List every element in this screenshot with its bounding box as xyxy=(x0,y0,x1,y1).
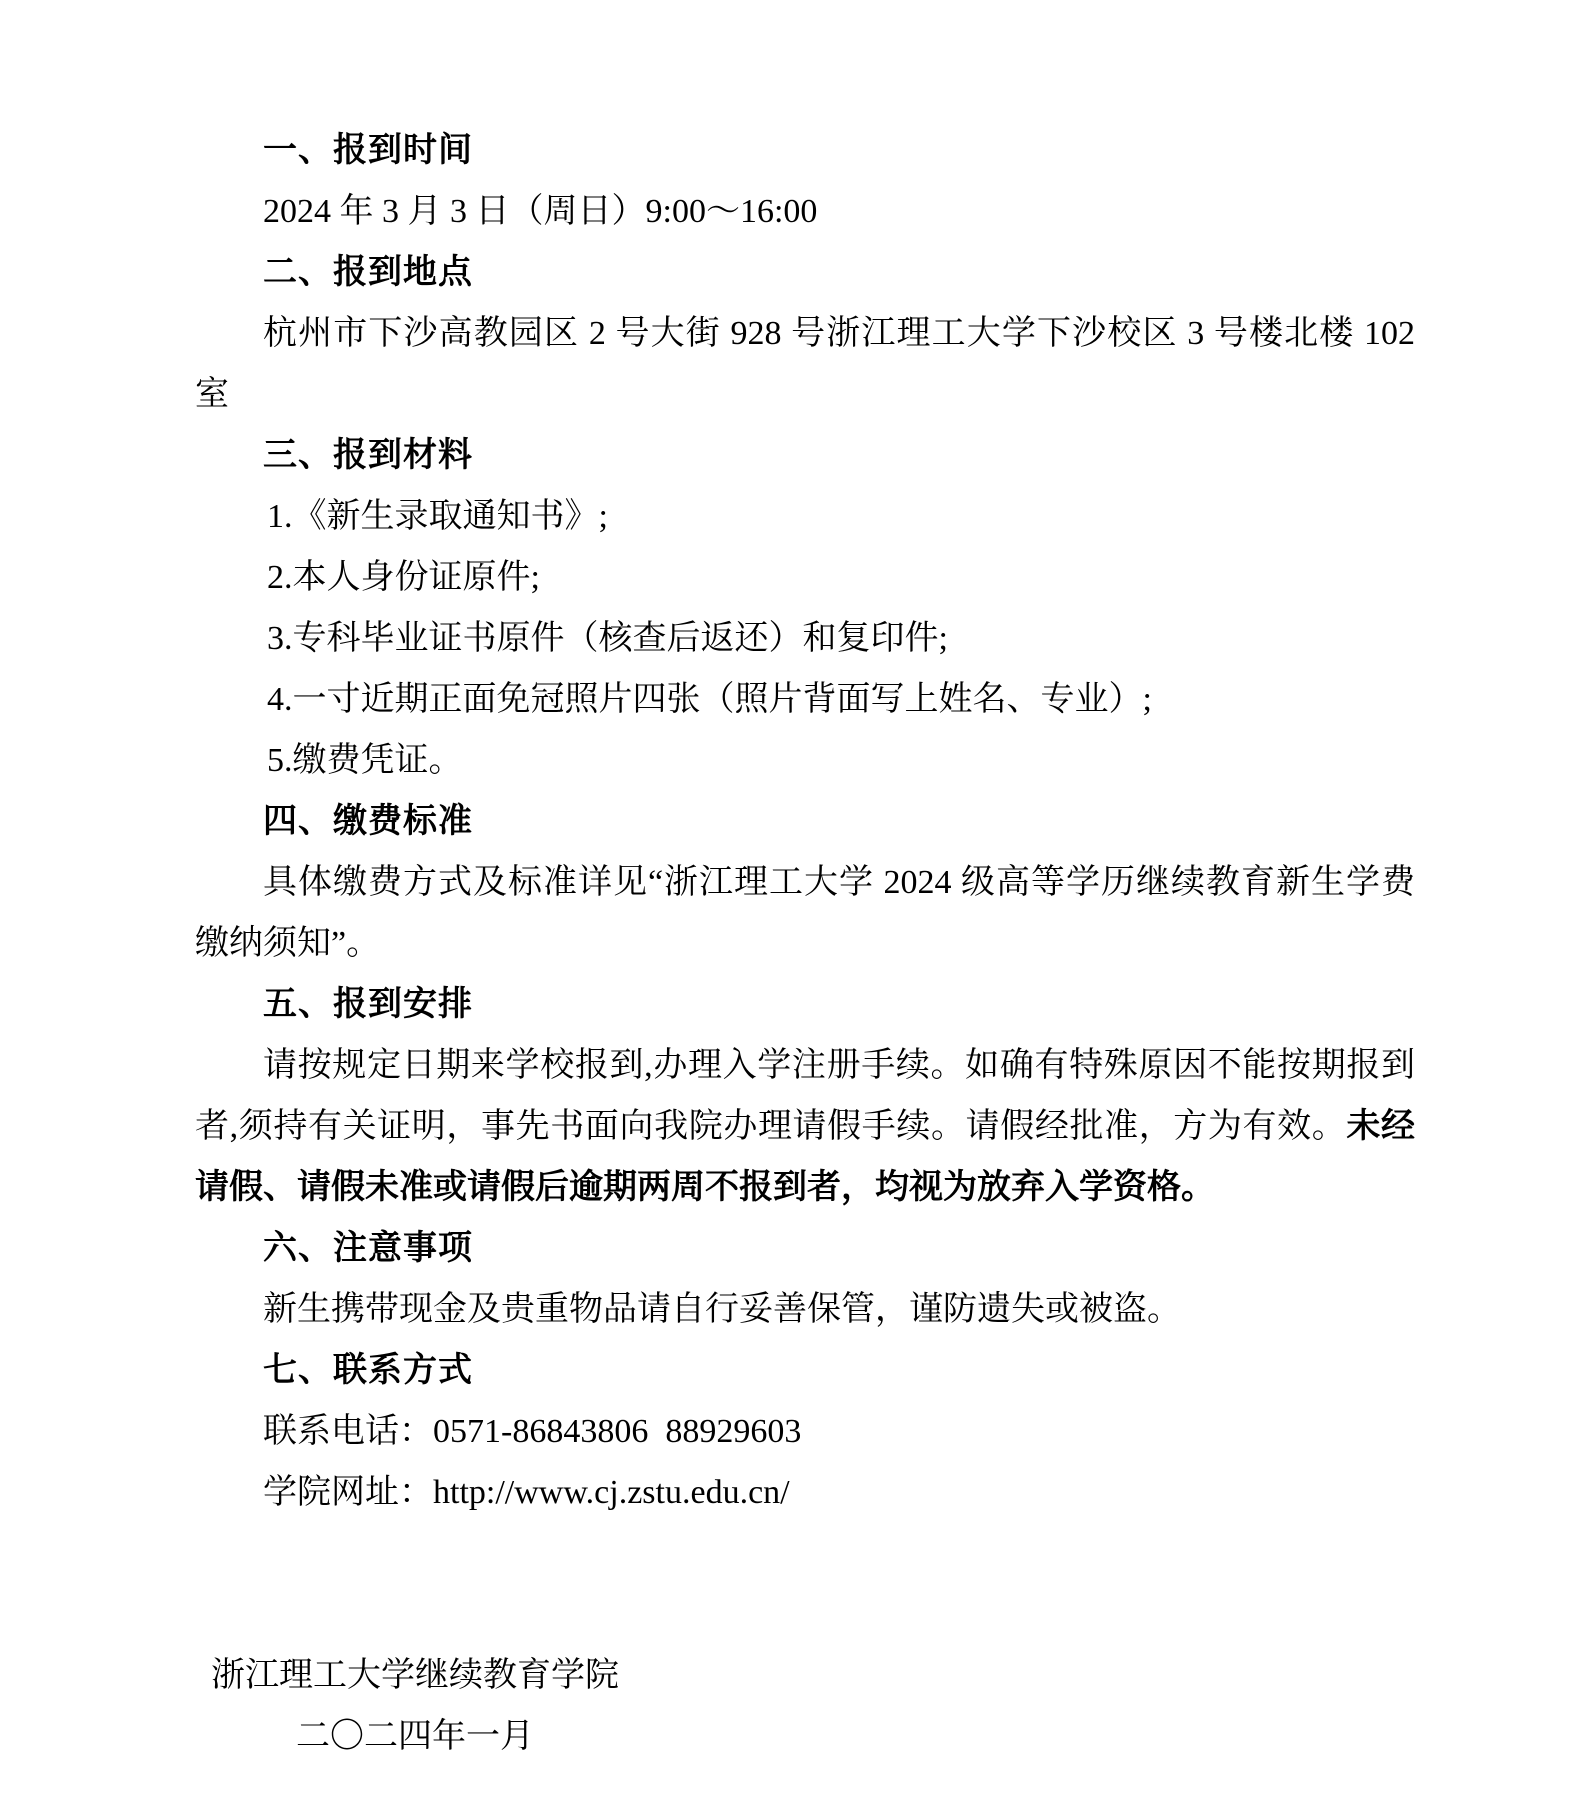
contact-website-line: 学院网址：http://www.cj.zstu.edu.cn/ xyxy=(195,1462,1415,1523)
report-time-text: 2024 年 3 月 3 日（周日）9:00～16:00 xyxy=(195,181,1415,242)
report-materials-list: 1.《新生录取通知书》; 2.本人身份证原件; 3.专科毕业证书原件（核查后返还… xyxy=(195,486,1415,791)
report-arrangement-normal: 请按规定日期来学校报到,办理入学注册手续。如确有特殊原因不能按期报到者,须持有关… xyxy=(195,1047,1415,1145)
precautions-text: 新生携带现金及贵重物品请自行妥善保管，谨防遗失或被盗。 xyxy=(195,1279,1415,1340)
material-item-1: 1.《新生录取通知书》; xyxy=(195,486,1415,547)
signature-block: 浙江理工大学继续教育学院 二〇二四年一月 xyxy=(195,1645,635,1767)
material-item-3: 3.专科毕业证书原件（核查后返还）和复印件; xyxy=(195,608,1415,669)
section-4-heading: 四、缴费标准 xyxy=(195,791,1415,852)
section-2-heading: 二、报到地点 xyxy=(195,242,1415,303)
notice-document: 一、报到时间 2024 年 3 月 3 日（周日）9:00～16:00 二、报到… xyxy=(0,0,1587,1803)
contact-phone-line: 联系电话：0571-86843806 88929603 xyxy=(195,1401,1415,1462)
signature-date: 二〇二四年一月 xyxy=(195,1706,635,1767)
material-item-5: 5.缴费凭证。 xyxy=(195,730,1415,791)
material-item-2: 2.本人身份证原件; xyxy=(195,547,1415,608)
section-6-heading: 六、注意事项 xyxy=(195,1218,1415,1279)
section-7-heading: 七、联系方式 xyxy=(195,1340,1415,1401)
material-item-4: 4.一寸近期正面免冠照片四张（照片背面写上姓名、专业）; xyxy=(195,669,1415,730)
report-location-text: 杭州市下沙高教园区 2 号大街 928 号浙江理工大学下沙校区 3 号楼北楼 1… xyxy=(195,303,1415,425)
signature-spacer xyxy=(195,1523,1415,1645)
report-arrangement-text: 请按规定日期来学校报到,办理入学注册手续。如确有特殊原因不能按期报到者,须持有关… xyxy=(195,1035,1415,1218)
payment-standard-text: 具体缴费方式及标准详见“浙江理工大学 2024 级高等学历继续教育新生学费缴纳须… xyxy=(195,852,1415,974)
section-5-heading: 五、报到安排 xyxy=(195,974,1415,1035)
section-1-heading: 一、报到时间 xyxy=(195,120,1415,181)
signature-organization: 浙江理工大学继续教育学院 xyxy=(195,1645,635,1706)
section-3-heading: 三、报到材料 xyxy=(195,425,1415,486)
